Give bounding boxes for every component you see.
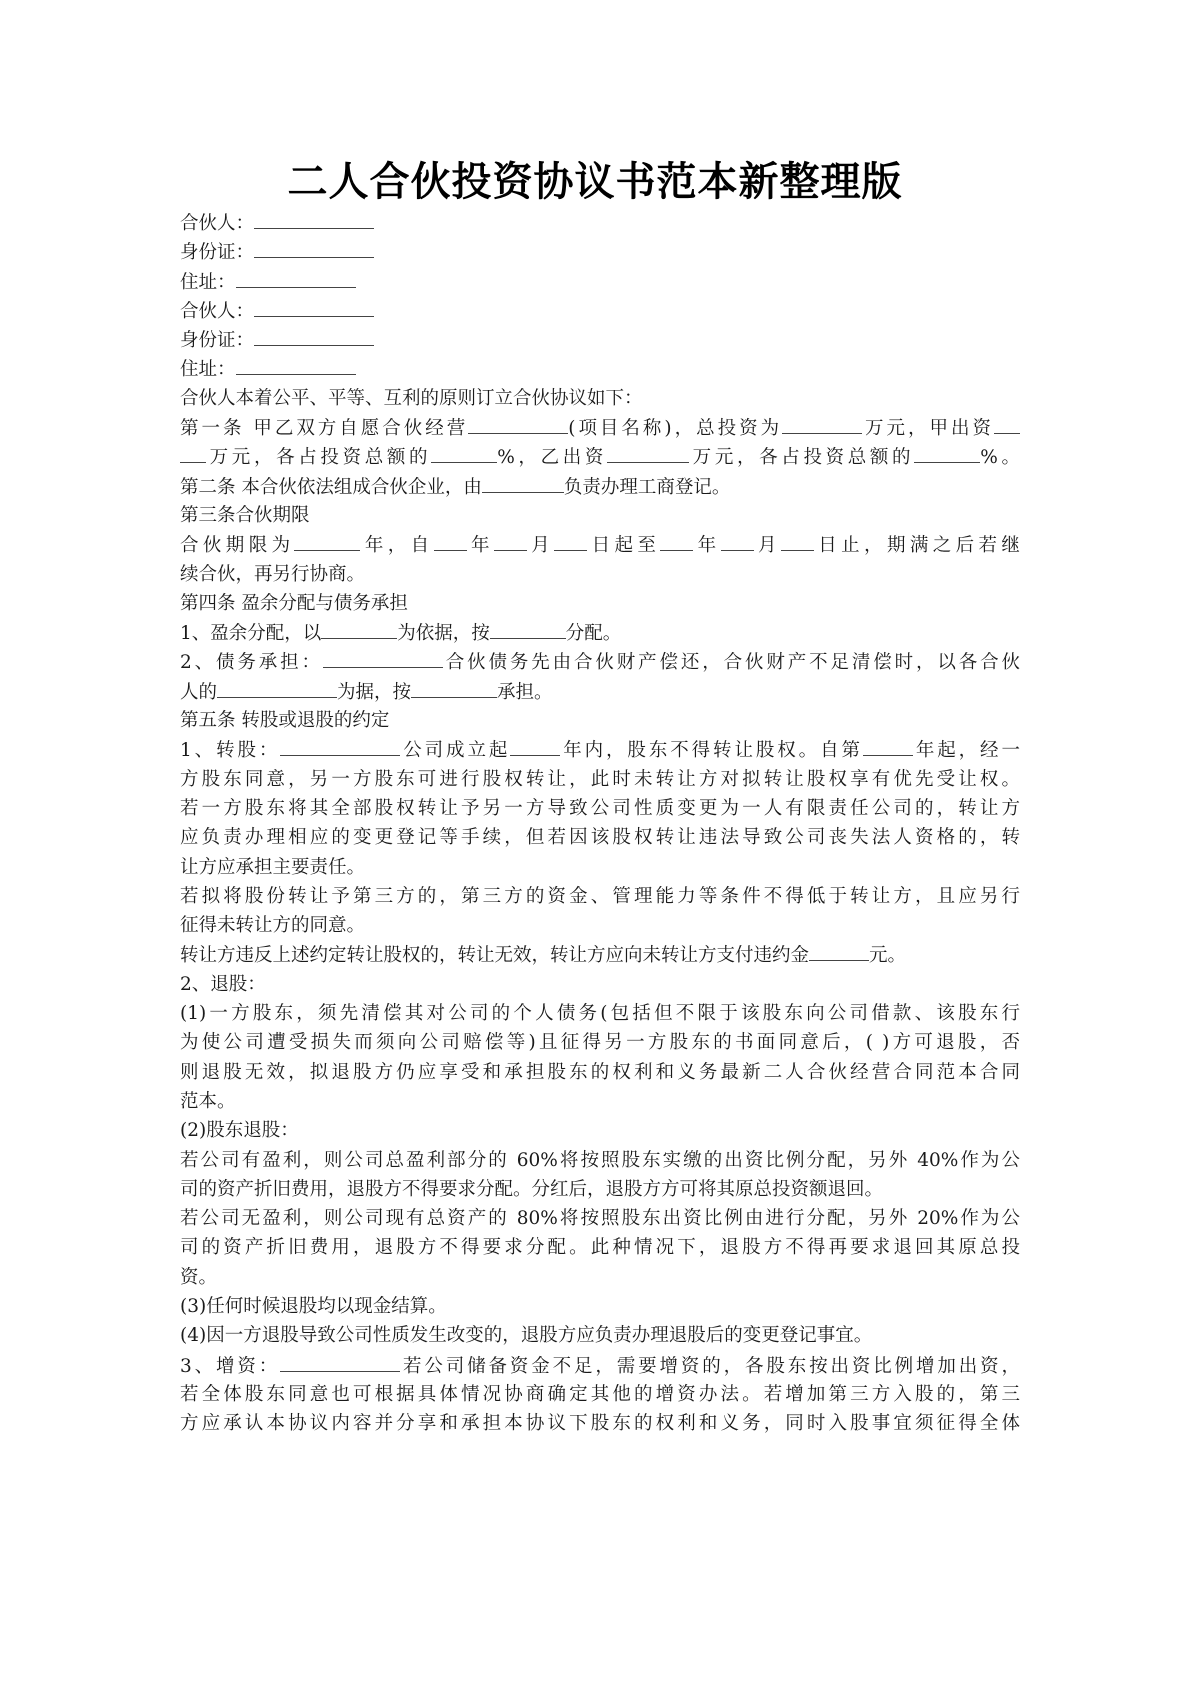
document-line: 若公司有盈利，则公司总盈利部分的 60%将按照股东实缴的出资比例分配，另外 40…	[180, 1146, 1020, 1175]
fill-in-blank[interactable]	[411, 677, 497, 698]
fill-in-blank[interactable]	[217, 677, 337, 698]
text-segment: 若拟将股份转让予第三方的，第三方的资金、管理能力等条件不得低于转让方，且应另行	[180, 886, 1020, 907]
text-segment: 则退股无效，拟退股方仍应享受和承担股东的权利和义务最新二人合伙经营合同范本合同	[180, 1062, 1020, 1083]
text-segment: %。	[980, 447, 1020, 468]
text-segment: 万元，各占投资总额的	[206, 447, 431, 468]
text-segment: 为依据，按	[397, 623, 490, 644]
fill-in-blank[interactable]	[863, 735, 913, 756]
text-segment: 月	[527, 535, 554, 556]
document-line: 万元，各占投资总额的%，乙出资万元，各占投资总额的%。	[180, 442, 1020, 471]
text-segment: 万元，甲出资	[862, 418, 994, 439]
text-segment: 日起至	[587, 535, 660, 556]
party-field-blank[interactable]	[254, 237, 374, 258]
fill-in-blank[interactable]	[721, 530, 754, 551]
document-line: 第二条 本合伙依法组成合伙企业，由负责办理工商登记。	[180, 472, 1020, 501]
text-segment: (3)任何时候退股均以现金结算。	[180, 1296, 447, 1317]
document-line: 第三条合伙期限	[180, 501, 1020, 530]
document-line: 若拟将股份转让予第三方的，第三方的资金、管理能力等条件不得低于转让方，且应另行	[180, 882, 1020, 911]
document-line: 人的为据，按承担。	[180, 677, 1020, 706]
document-title: 二人合伙投资协议书范本新整理版	[0, 158, 1190, 206]
text-segment: 若公司无盈利，则公司现有总资产的 80%将按照股东出资比例由进行分配，另外 20…	[180, 1208, 1020, 1229]
text-segment: 日止，期满之后若继	[814, 535, 1020, 556]
fill-in-blank[interactable]	[554, 530, 587, 551]
text-segment: 资。	[180, 1267, 217, 1288]
text-segment: 公司成立起	[400, 740, 510, 761]
text-segment: 司的资产折旧费用，退股方不得要求分配。此种情况下，退股方不得再要求退回其原总投	[180, 1237, 1020, 1258]
party-field-line: 合伙人：	[180, 208, 1020, 237]
document-line: 资。	[180, 1263, 1020, 1292]
text-segment: (2)股东退股：	[180, 1120, 299, 1141]
party-field-blank[interactable]	[236, 354, 356, 375]
text-segment: (项目名称)，总投资为	[568, 418, 782, 439]
text-segment: 续合伙，再另行协商。	[180, 564, 365, 585]
document-line: 3、增资：若公司储备资金不足，需要增资的，各股东按出资比例增加出资，	[180, 1351, 1020, 1380]
text-segment: 合伙人本着公平、平等、互利的原则订立合伙协议如下：	[180, 388, 643, 409]
party-field-blank[interactable]	[254, 296, 374, 317]
fill-in-blank[interactable]	[994, 413, 1020, 434]
text-segment: 年	[693, 535, 720, 556]
document-line: 应负责办理相应的变更登记等手续，但若因该股权转让违法导致公司丧失法人资格的，转	[180, 823, 1020, 852]
party-field-label: 身份证：	[180, 330, 254, 351]
fill-in-blank[interactable]	[434, 530, 467, 551]
document-line: 征得未转让方的同意。	[180, 911, 1020, 940]
document-line: 第四条 盈余分配与债务承担	[180, 589, 1020, 618]
text-segment: %，乙出资	[497, 447, 607, 468]
document-line: (1)一方股东，须先清偿其对公司的个人债务(包括但不限于该股东向公司借款、该股东…	[180, 999, 1020, 1028]
text-segment: (1)一方股东，须先清偿其对公司的个人债务(包括但不限于该股东向公司借款、该股东…	[180, 1003, 1020, 1024]
text-segment: 年内，股东不得转让股权。自第	[560, 740, 863, 761]
document-line: 司的资产折旧费用，退股方不得要求分配。分红后，退股方方可将其原总投资额退回。	[180, 1175, 1020, 1204]
document-line: (4)因一方退股导致公司性质发生改变的，退股方应负责办理退股后的变更登记事宜。	[180, 1321, 1020, 1350]
document-line: 方股东同意，另一方股东可进行股权转让，此时未转让方对拟转让股权享有优先受让权。	[180, 765, 1020, 794]
text-segment: 3、增资：	[180, 1356, 280, 1377]
text-segment: 若全体股东同意也可根据具体情况协商确定其他的增资办法。若增加第三方入股的，第三	[180, 1384, 1020, 1405]
document-line: 司的资产折旧费用，退股方不得要求分配。此种情况下，退股方不得再要求退回其原总投	[180, 1233, 1020, 1262]
document-line: 若一方股东将其全部股权转让予另一方导致公司性质变更为一人有限责任公司的，转让方	[180, 794, 1020, 823]
text-segment: (4)因一方退股导致公司性质发生改变的，退股方应负责办理退股后的变更登记事宜。	[180, 1325, 872, 1346]
document-line: 1、盈余分配，以为依据，按分配。	[180, 618, 1020, 647]
fill-in-blank[interactable]	[468, 413, 568, 434]
text-segment: 让方应承担主要责任。	[180, 857, 365, 878]
fill-in-blank[interactable]	[494, 530, 527, 551]
text-segment: 征得未转让方的同意。	[180, 915, 365, 936]
document-line: 方应承认本协议内容并分享和承担本协议下股东的权利和义务，同时入股事宜须征得全体	[180, 1409, 1020, 1438]
text-segment: 2、债务承担：	[180, 652, 323, 673]
fill-in-blank[interactable]	[323, 647, 443, 668]
text-segment: 第五条 转股或退股的约定	[180, 710, 389, 731]
party-field-label: 住址：	[180, 359, 236, 380]
document-line: 则退股无效，拟退股方仍应享受和承担股东的权利和义务最新二人合伙经营合同范本合同	[180, 1058, 1020, 1087]
party-field-blank[interactable]	[236, 267, 356, 288]
text-segment: 分配。	[566, 623, 622, 644]
document-line: 范本。	[180, 1087, 1020, 1116]
fill-in-blank[interactable]	[321, 618, 397, 639]
text-segment: 2、退股：	[180, 974, 266, 995]
text-segment: 年	[467, 535, 494, 556]
party-field-blank[interactable]	[254, 208, 374, 229]
text-segment: 元。	[869, 945, 906, 966]
document-line: 若公司无盈利，则公司现有总资产的 80%将按照股东出资比例由进行分配，另外 20…	[180, 1204, 1020, 1233]
party-field-line: 住址：	[180, 267, 1020, 296]
party-field-line: 身份证：	[180, 325, 1020, 354]
text-segment: 年起，经一	[913, 740, 1020, 761]
fill-in-blank[interactable]	[781, 530, 814, 551]
document-line: 第一条 甲乙双方自愿合伙经营(项目名称)，总投资为万元，甲出资	[180, 413, 1020, 442]
text-segment: 若一方股东将其全部股权转让予另一方导致公司性质变更为一人有限责任公司的，转让方	[180, 798, 1020, 819]
text-segment: 范本。	[180, 1091, 236, 1112]
fill-in-blank[interactable]	[431, 442, 497, 463]
document-page: 二人合伙投资协议书范本新整理版 合伙人：身份证：住址：合伙人：身份证：住址：合伙…	[0, 0, 1190, 1683]
fill-in-blank[interactable]	[660, 530, 693, 551]
fill-in-blank[interactable]	[914, 442, 980, 463]
document-line: 若全体股东同意也可根据具体情况协商确定其他的增资办法。若增加第三方入股的，第三	[180, 1380, 1020, 1409]
text-segment: 合伙债务先由合伙财产偿还，合伙财产不足清偿时，以各合伙	[443, 652, 1020, 673]
text-segment: 第三条合伙期限	[180, 505, 310, 526]
document-line: 转让方违反上述约定转让股权的，转让无效，转让方应向未转让方支付违约金元。	[180, 940, 1020, 969]
fill-in-blank[interactable]	[809, 940, 869, 961]
document-line: 合伙人本着公平、平等、互利的原则订立合伙协议如下：	[180, 384, 1020, 413]
text-segment: 万元，各占投资总额的	[689, 447, 914, 468]
text-segment: 人的	[180, 682, 217, 703]
text-segment: 为据，按	[337, 682, 411, 703]
text-segment: 第一条 甲乙双方自愿合伙经营	[180, 418, 468, 439]
document-line: 让方应承担主要责任。	[180, 853, 1020, 882]
document-line: 续合伙，再另行协商。	[180, 560, 1020, 589]
text-segment: 1、转股：	[180, 740, 280, 761]
party-field-blank[interactable]	[254, 325, 374, 346]
text-segment: 方股东同意，另一方股东可进行股权转让，此时未转让方对拟转让股权享有优先受让权。	[180, 769, 1020, 790]
text-segment: 为使公司遭受损失而须向公司赔偿等)且征得另一方股东的书面同意后，( )方可退股，…	[180, 1032, 1020, 1053]
party-field-line: 身份证：	[180, 237, 1020, 266]
text-segment: 合伙期限为	[180, 535, 294, 556]
document-line: 合伙期限为年，自年月日起至年月日止，期满之后若继	[180, 530, 1020, 559]
document-line: 2、债务承担：合伙债务先由合伙财产偿还，合伙财产不足清偿时，以各合伙	[180, 647, 1020, 676]
document-line: 2、退股：	[180, 970, 1020, 999]
text-segment: 司的资产折旧费用，退股方不得要求分配。分红后，退股方方可将其原总投资额退回。	[180, 1179, 883, 1200]
fill-in-blank[interactable]	[782, 413, 862, 434]
fill-in-blank[interactable]	[607, 442, 689, 463]
text-segment: 若公司有盈利，则公司总盈利部分的 60%将按照股东实缴的出资比例分配，另外 40…	[180, 1150, 1020, 1171]
fill-in-blank[interactable]	[180, 442, 206, 463]
document-line: 1、转股：公司成立起年内，股东不得转让股权。自第年起，经一	[180, 735, 1020, 764]
text-segment: 负责办理工商登记。	[564, 477, 731, 498]
text-segment: 方应承认本协议内容并分享和承担本协议下股东的权利和义务，同时入股事宜须征得全体	[180, 1413, 1020, 1434]
fill-in-blank[interactable]	[510, 735, 560, 756]
document-line: (3)任何时候退股均以现金结算。	[180, 1292, 1020, 1321]
document-line: (2)股东退股：	[180, 1116, 1020, 1145]
text-segment: 若公司储备资金不足，需要增资的，各股东按出资比例增加出资，	[400, 1356, 1020, 1377]
document-line: 第五条 转股或退股的约定	[180, 706, 1020, 735]
party-field-label: 合伙人：	[180, 213, 254, 234]
fill-in-blank[interactable]	[490, 618, 566, 639]
party-field-line: 住址：	[180, 354, 1020, 383]
text-segment: 转让方违反上述约定转让股权的，转让无效，转让方应向未转让方支付违约金	[180, 945, 809, 966]
fill-in-blank[interactable]	[294, 530, 360, 551]
text-segment: 应负责办理相应的变更登记等手续，但若因该股权转让违法导致公司丧失法人资格的，转	[180, 827, 1020, 848]
fill-in-blank[interactable]	[482, 472, 564, 493]
document-body: 合伙人：身份证：住址：合伙人：身份证：住址：合伙人本着公平、平等、互利的原则订立…	[180, 208, 1020, 1438]
text-segment: 年，自	[360, 535, 433, 556]
party-field-label: 住址：	[180, 272, 236, 293]
text-segment: 第四条 盈余分配与债务承担	[180, 593, 408, 614]
fill-in-blank[interactable]	[280, 1351, 400, 1372]
text-segment: 月	[754, 535, 781, 556]
text-segment: 第二条 本合伙依法组成合伙企业，由	[180, 477, 482, 498]
party-field-label: 身份证：	[180, 242, 254, 263]
fill-in-blank[interactable]	[280, 735, 400, 756]
party-field-line: 合伙人：	[180, 296, 1020, 325]
document-line: 为使公司遭受损失而须向公司赔偿等)且征得另一方股东的书面同意后，( )方可退股，…	[180, 1028, 1020, 1057]
party-field-label: 合伙人：	[180, 301, 254, 322]
text-segment: 1、盈余分配，以	[180, 623, 321, 644]
text-segment: 承担。	[497, 682, 553, 703]
